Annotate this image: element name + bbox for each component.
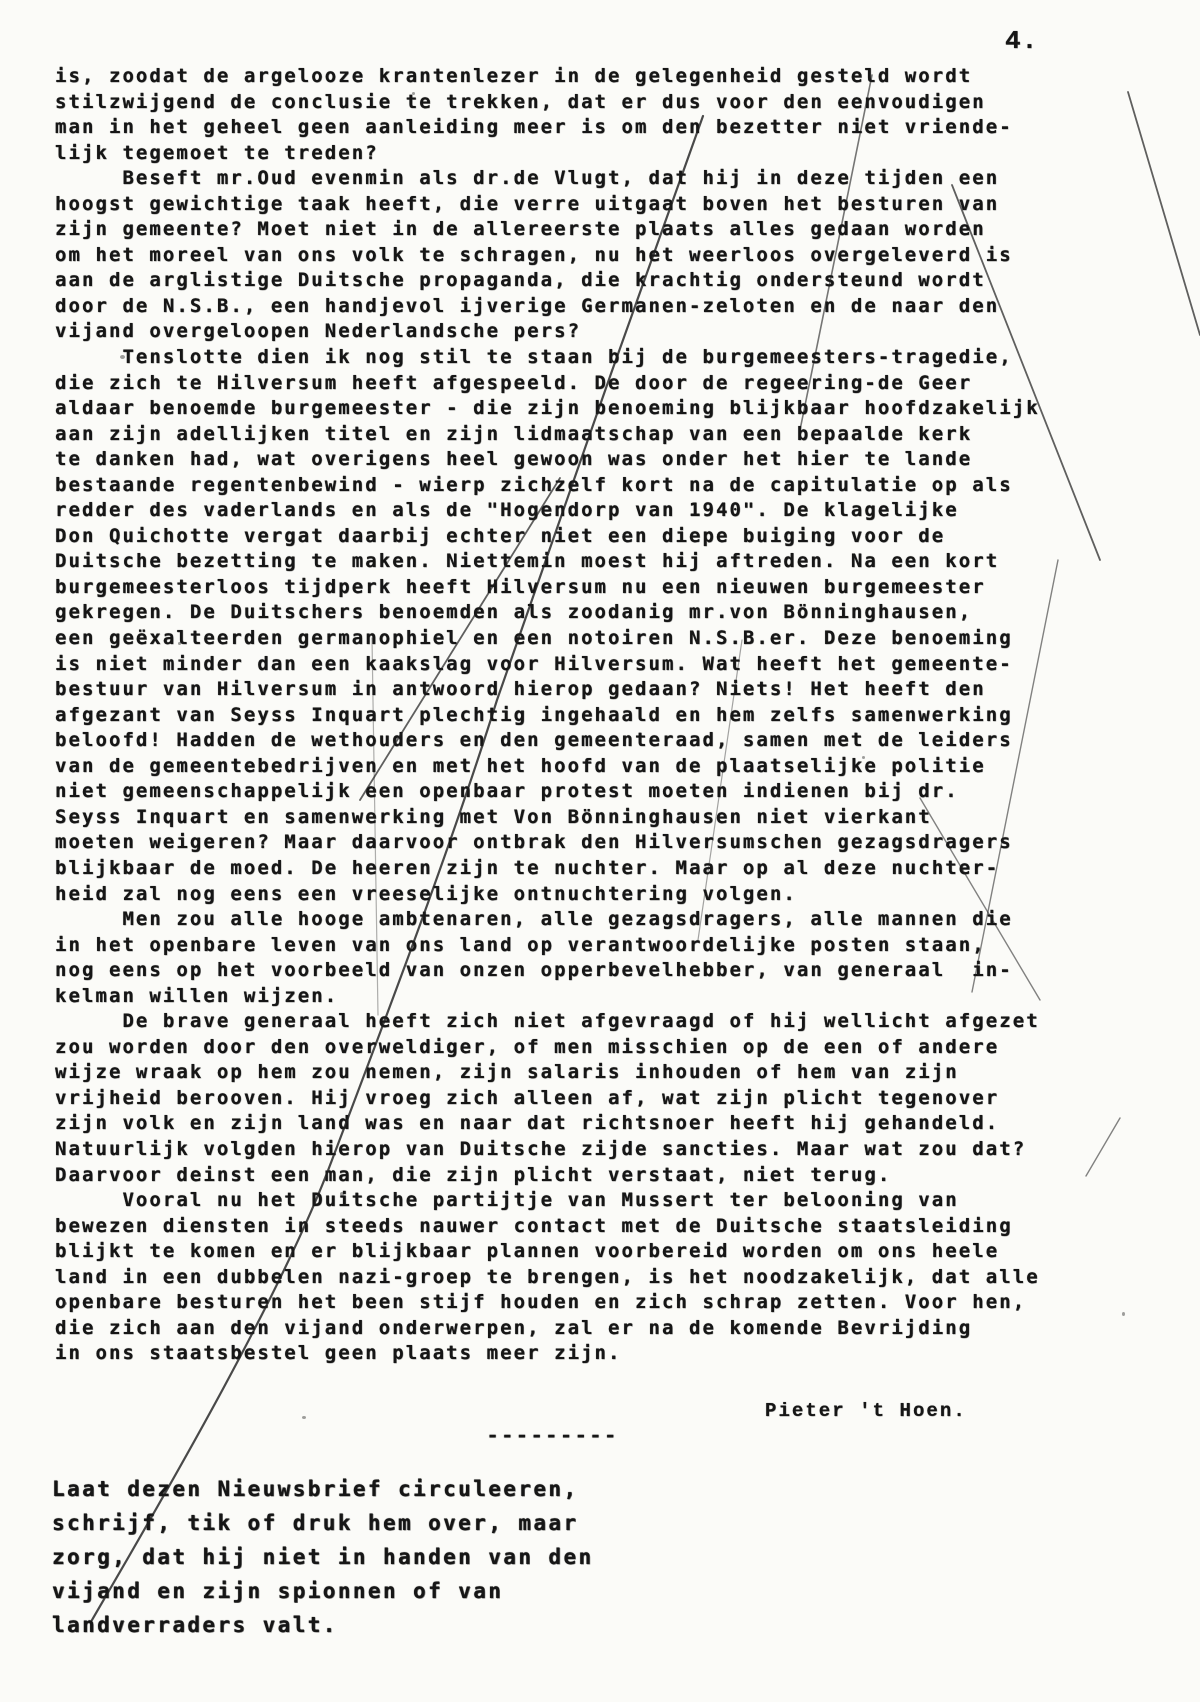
paper-sheet: 4. is, zoodat de argelooze krantenlezer …: [0, 0, 1200, 1702]
ink-speck: [120, 355, 125, 359]
ink-speck: [178, 642, 181, 645]
ink-speck: [412, 92, 415, 95]
ink-speck: [1122, 1312, 1125, 1316]
page-number: 4.: [1005, 26, 1038, 56]
footer-note: Laat dezen Nieuwsbrief circuleeren, schr…: [52, 1472, 594, 1642]
ink-speck: [302, 1416, 306, 1419]
ink-speck: [862, 756, 865, 759]
ink-speck: [64, 1302, 67, 1305]
ink-speck: [340, 1192, 344, 1196]
separator-dashes: ---------: [486, 1424, 618, 1449]
signature: Pieter 't Hoen.: [765, 1400, 967, 1422]
body-text: is, zoodat de argelooze krantenlezer in …: [55, 64, 1040, 1367]
